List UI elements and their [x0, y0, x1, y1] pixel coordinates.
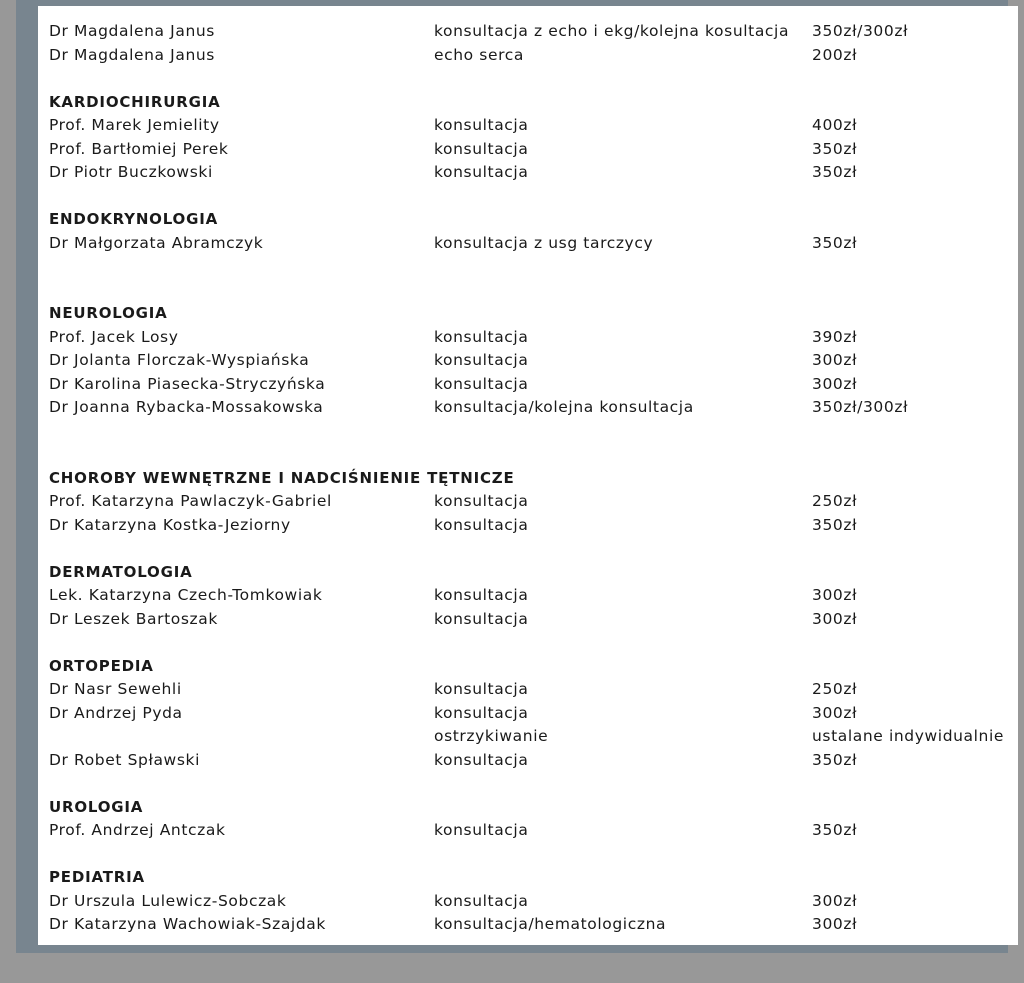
- service-name: konsultacja z echo i ekg/kolejna kosulta…: [434, 22, 789, 40]
- specialty-section: DERMATOLOGIALek. Katarzyna Czech-Tomkowi…: [49, 563, 1018, 634]
- section-spacer: [49, 845, 1018, 869]
- section-spacer: [49, 69, 1018, 93]
- service-name: ostrzykiwanie: [434, 727, 548, 745]
- specialty-section: ENDOKRYNOLOGIADr Małgorzata Abramczykkon…: [49, 210, 1018, 257]
- doctor-name: Dr Robet Spławski: [49, 751, 200, 769]
- service-price: 250zł: [812, 492, 857, 510]
- specialty-heading: CHOROBY WEWNĘTRZNE I NADCIŚNIENIE TĘTNIC…: [49, 469, 1018, 493]
- service-name: konsultacja: [434, 610, 528, 628]
- doctor-name: Prof. Marek Jemielity: [49, 116, 220, 134]
- service-price: 350zł: [812, 516, 857, 534]
- specialty-section: ORTOPEDIADr Nasr Sewehlikonsultacja250zł…: [49, 657, 1018, 775]
- price-row: Dr Joanna Rybacka-Mossakowskakonsultacja…: [49, 398, 1018, 422]
- price-row: Dr Piotr Buczkowskikonsultacja350zł: [49, 163, 1018, 187]
- service-name: konsultacja: [434, 516, 528, 534]
- service-name: konsultacja: [434, 492, 528, 510]
- service-price: 350zł/300zł: [812, 398, 908, 416]
- section-spacer: [49, 257, 1018, 304]
- doctor-name: Dr Jolanta Florczak-Wyspiańska: [49, 351, 309, 369]
- price-row: Dr Karolina Piasecka-Stryczyńskakonsulta…: [49, 375, 1018, 399]
- service-price: 300zł: [812, 586, 857, 604]
- service-name: konsultacja: [434, 328, 528, 346]
- section-spacer: [49, 422, 1018, 469]
- doctor-name: Dr Nasr Sewehli: [49, 680, 182, 698]
- doctor-name: Dr Magdalena Janus: [49, 46, 215, 64]
- service-price: 350zł: [812, 751, 857, 769]
- specialty-section: Dr Magdalena Januskonsultacja z echo i e…: [49, 22, 1018, 69]
- service-name: konsultacja/kolejna konsultacja: [434, 398, 694, 416]
- service-price: 350zł: [812, 140, 857, 158]
- service-name: konsultacja: [434, 586, 528, 604]
- doctor-name: Prof. Bartłomiej Perek: [49, 140, 229, 158]
- price-row: Dr Jolanta Florczak-Wyspiańskakonsultacj…: [49, 351, 1018, 375]
- doctor-name: Dr Andrzej Pyda: [49, 704, 183, 722]
- section-spacer: [49, 539, 1018, 563]
- service-name: konsultacja: [434, 680, 528, 698]
- price-row: Prof. Bartłomiej Perekkonsultacja350zł: [49, 140, 1018, 164]
- specialty-section: PEDIATRIADr Urszula Lulewicz-Sobczakkons…: [49, 868, 1018, 939]
- service-price: 390zł: [812, 328, 857, 346]
- service-price: 300zł: [812, 915, 857, 933]
- specialty-heading: ENDOKRYNOLOGIA: [49, 210, 1018, 234]
- doctor-name: Dr Katarzyna Wachowiak-Szajdak: [49, 915, 326, 933]
- specialty-heading: PEDIATRIA: [49, 868, 1018, 892]
- service-name: konsultacja: [434, 163, 528, 181]
- price-row: Dr Andrzej Pydakonsultacja300zł: [49, 704, 1018, 728]
- service-price: ustalane indywidualnie: [812, 727, 1004, 745]
- specialty-heading-text: ORTOPEDIA: [49, 657, 154, 675]
- doctor-name: Dr Leszek Bartoszak: [49, 610, 218, 628]
- price-row: Dr Magdalena Januskonsultacja z echo i e…: [49, 22, 1018, 46]
- price-row: Lek. Katarzyna Czech-Tomkowiakkonsultacj…: [49, 586, 1018, 610]
- price-row: Prof. Katarzyna Pawlaczyk-Gabrielkonsult…: [49, 492, 1018, 516]
- service-price: 350zł: [812, 234, 857, 252]
- service-price: 200zł: [812, 46, 857, 64]
- service-name: konsultacja: [434, 375, 528, 393]
- service-price: 300zł: [812, 704, 857, 722]
- specialty-section: UROLOGIAProf. Andrzej Antczakkonsultacja…: [49, 798, 1018, 845]
- service-name: konsultacja: [434, 892, 528, 910]
- service-name: konsultacja: [434, 116, 528, 134]
- service-name: konsultacja: [434, 751, 528, 769]
- specialty-section: NEUROLOGIAProf. Jacek Losykonsultacja390…: [49, 304, 1018, 422]
- service-name: konsultacja/hematologiczna: [434, 915, 666, 933]
- doctor-name: Dr Małgorzata Abramczyk: [49, 234, 263, 252]
- doctor-name: Prof. Jacek Losy: [49, 328, 179, 346]
- service-name: konsultacja: [434, 704, 528, 722]
- service-price: 300zł: [812, 892, 857, 910]
- doctor-name: Dr Urszula Lulewicz-Sobczak: [49, 892, 286, 910]
- price-row: Dr Magdalena Janusecho serca200zł: [49, 46, 1018, 70]
- specialty-heading: UROLOGIA: [49, 798, 1018, 822]
- price-list-page: Dr Magdalena Januskonsultacja z echo i e…: [38, 6, 1018, 945]
- price-row: Dr Małgorzata Abramczykkonsultacja z usg…: [49, 234, 1018, 258]
- specialty-heading-text: UROLOGIA: [49, 798, 143, 816]
- service-name: konsultacja: [434, 140, 528, 158]
- doctor-name: Lek. Katarzyna Czech-Tomkowiak: [49, 586, 322, 604]
- section-spacer: [49, 187, 1018, 211]
- specialty-heading-text: DERMATOLOGIA: [49, 563, 192, 581]
- doctor-name: Prof. Katarzyna Pawlaczyk-Gabriel: [49, 492, 332, 510]
- specialty-heading: KARDIOCHIRURGIA: [49, 93, 1018, 117]
- doctor-name: Dr Magdalena Janus: [49, 22, 215, 40]
- price-row: Prof. Jacek Losykonsultacja390zł: [49, 328, 1018, 352]
- service-price: 300zł: [812, 351, 857, 369]
- price-row: Dr Urszula Lulewicz-Sobczakkonsultacja30…: [49, 892, 1018, 916]
- service-name: konsultacja z usg tarczycy: [434, 234, 653, 252]
- price-row: Dr Leszek Bartoszakkonsultacja300zł: [49, 610, 1018, 634]
- price-list: Dr Magdalena Januskonsultacja z echo i e…: [49, 22, 1018, 939]
- service-price: 300zł: [812, 610, 857, 628]
- service-price: 400zł: [812, 116, 857, 134]
- specialty-heading-text: NEUROLOGIA: [49, 304, 168, 322]
- specialty-section: CHOROBY WEWNĘTRZNE I NADCIŚNIENIE TĘTNIC…: [49, 469, 1018, 540]
- price-row: ostrzykiwanieustalane indywidualnie: [49, 727, 1018, 751]
- doctor-name: Dr Piotr Buczkowski: [49, 163, 213, 181]
- price-row: Dr Katarzyna Kostka-Jeziornykonsultacja3…: [49, 516, 1018, 540]
- doctor-name: Dr Karolina Piasecka-Stryczyńska: [49, 375, 325, 393]
- service-price: 350zł/300zł: [812, 22, 908, 40]
- specialty-heading: NEUROLOGIA: [49, 304, 1018, 328]
- price-row: Dr Robet Spławskikonsultacja350zł: [49, 751, 1018, 775]
- specialty-heading-text: CHOROBY WEWNĘTRZNE I NADCIŚNIENIE TĘTNIC…: [49, 469, 515, 487]
- doctor-name: Dr Katarzyna Kostka-Jeziorny: [49, 516, 291, 534]
- specialty-heading-text: KARDIOCHIRURGIA: [49, 93, 221, 111]
- doctor-name: Dr Joanna Rybacka-Mossakowska: [49, 398, 323, 416]
- document-frame: Dr Magdalena Januskonsultacja z echo i e…: [16, 0, 1008, 953]
- price-row: Dr Nasr Sewehlikonsultacja250zł: [49, 680, 1018, 704]
- service-name: echo serca: [434, 46, 524, 64]
- specialty-heading-text: PEDIATRIA: [49, 868, 145, 886]
- price-row: Dr Katarzyna Wachowiak-Szajdakkonsultacj…: [49, 915, 1018, 939]
- price-row: Prof. Andrzej Antczakkonsultacja350zł: [49, 821, 1018, 845]
- service-price: 250zł: [812, 680, 857, 698]
- section-spacer: [49, 633, 1018, 657]
- service-name: konsultacja: [434, 821, 528, 839]
- doctor-name: Prof. Andrzej Antczak: [49, 821, 226, 839]
- specialty-heading: DERMATOLOGIA: [49, 563, 1018, 587]
- service-name: konsultacja: [434, 351, 528, 369]
- service-price: 300zł: [812, 375, 857, 393]
- specialty-heading: ORTOPEDIA: [49, 657, 1018, 681]
- service-price: 350zł: [812, 163, 857, 181]
- section-spacer: [49, 774, 1018, 798]
- specialty-heading-text: ENDOKRYNOLOGIA: [49, 210, 218, 228]
- specialty-section: KARDIOCHIRURGIAProf. Marek Jemielitykons…: [49, 93, 1018, 187]
- service-price: 350zł: [812, 821, 857, 839]
- price-row: Prof. Marek Jemielitykonsultacja400zł: [49, 116, 1018, 140]
